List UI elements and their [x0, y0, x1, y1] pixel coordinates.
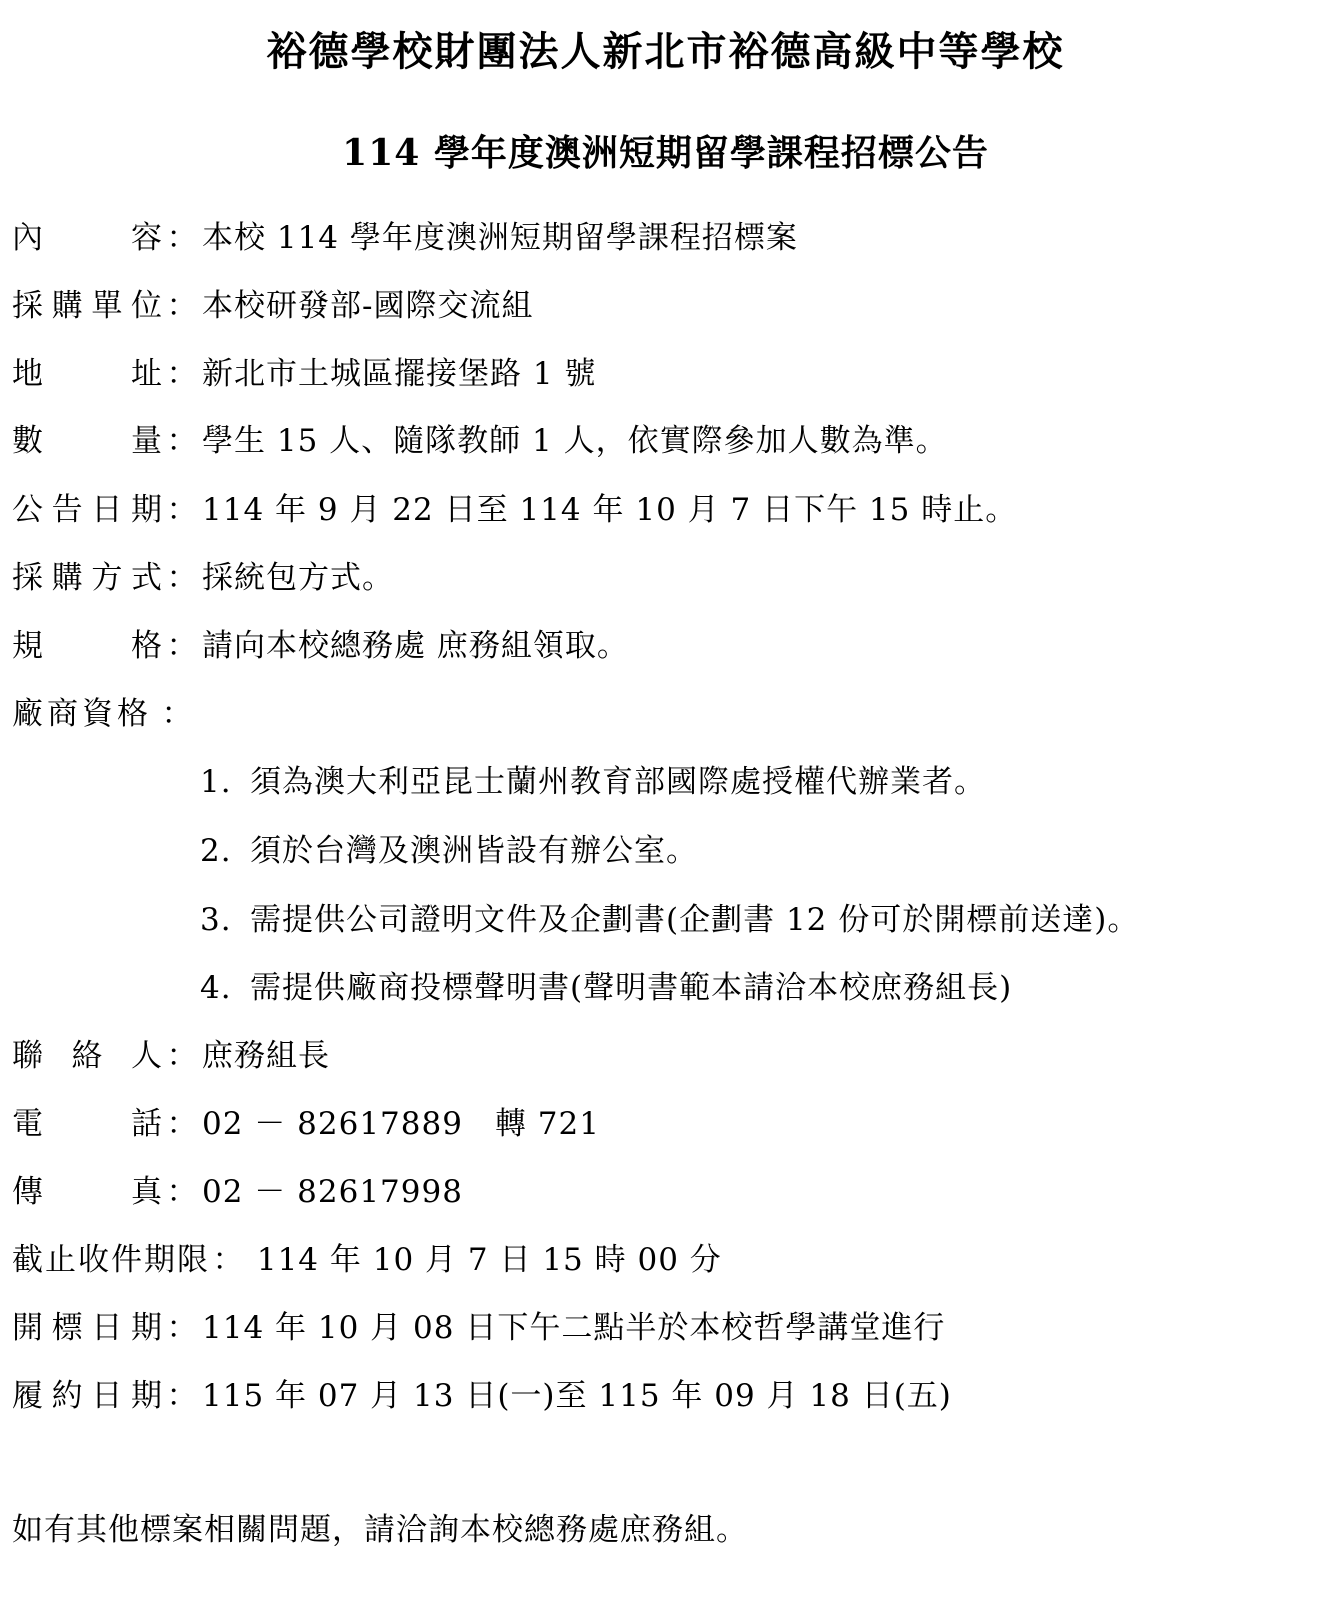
announcement-title: 114 學年度澳洲短期留學課程招標公告 — [0, 125, 1331, 176]
field-value: 114 年 10 月 08 日下午二點半於本校哲學講堂進行 — [202, 1306, 945, 1350]
field-phone: 電話 ： 02 － 82617889 轉 721 — [12, 1102, 600, 1146]
field-vendor-qualifications: 廠商資格 ： — [12, 692, 202, 736]
field-label: 內容 — [12, 216, 162, 260]
field-value: 02 － 82617889 轉 721 — [202, 1102, 600, 1146]
qualification-item: 2.須於台灣及澳洲皆設有辦公室。 — [200, 829, 698, 873]
field-value: 本校 114 學年度澳洲短期留學課程招標案 — [202, 216, 798, 260]
field-contact-person: 聯絡人 ： 庶務組長 — [12, 1034, 330, 1078]
field-address: 地址 ： 新北市土城區擺接堡路 1 號 — [12, 352, 596, 396]
field-value: 學生 15 人、隨隊教師 1 人，依實際參加人數為準。 — [202, 419, 948, 463]
field-label: 數量 — [12, 419, 162, 463]
field-label: 採購單位 — [12, 284, 162, 328]
field-announcement-date: 公告日期 ： 114 年 9 月 22 日至 114 年 10 月 7 日下午 … — [12, 488, 1017, 532]
qualification-item: 4.需提供廠商投標聲明書(聲明書範本請洽本校庶務組長) — [200, 966, 1012, 1010]
field-purchasing-unit: 採購單位 ： 本校研發部-國際交流組 — [12, 284, 533, 328]
field-quantity: 數量 ： 學生 15 人、隨隊教師 1 人，依實際參加人數為準。 — [12, 419, 948, 463]
field-label: 採購方式 — [12, 556, 162, 600]
qualification-item: 3.需提供公司證明文件及企劃書(企劃書 12 份可於開標前送達)。 — [200, 898, 1139, 942]
field-label: 地址 — [12, 352, 162, 396]
field-label: 傳真 — [12, 1170, 162, 1214]
field-label: 履約日期 — [12, 1374, 162, 1418]
field-value: 新北市土城區擺接堡路 1 號 — [202, 352, 596, 396]
field-submission-deadline: 截止收件期限 ： 114 年 10 月 7 日 15 時 00 分 — [12, 1238, 722, 1282]
field-value: 採統包方式。 — [202, 556, 394, 600]
field-value: 114 年 10 月 7 日 15 時 00 分 — [246, 1238, 722, 1282]
field-bid-opening-date: 開標日期 ： 114 年 10 月 08 日下午二點半於本校哲學講堂進行 — [12, 1306, 945, 1350]
field-label: 開標日期 — [12, 1306, 162, 1350]
field-value: 02 － 82617998 — [202, 1170, 463, 1214]
field-value: 請向本校總務處 庶務組領取。 — [202, 624, 629, 668]
field-value: 本校研發部-國際交流組 — [202, 284, 533, 328]
field-value: 114 年 9 月 22 日至 114 年 10 月 7 日下午 15 時止。 — [202, 488, 1017, 532]
field-performance-period: 履約日期 ： 115 年 07 月 13 日(一)至 115 年 09 月 18… — [12, 1374, 952, 1418]
field-value: 庶務組長 — [202, 1034, 330, 1078]
field-label: 聯絡人 — [12, 1034, 162, 1078]
field-label: 截止收件期限 — [12, 1238, 210, 1282]
qualification-item: 1.須為澳大利亞昆士蘭州教育部國際處授權代辦業者。 — [200, 760, 986, 804]
footer-note: 如有其他標案相關問題，請洽詢本校總務處庶務組。 — [12, 1508, 748, 1552]
field-purchasing-method: 採購方式 ： 採統包方式。 — [12, 556, 394, 600]
field-label: 廠商資格 — [12, 692, 152, 736]
field-specification: 規格 ： 請向本校總務處 庶務組領取。 — [12, 624, 629, 668]
field-label: 規格 — [12, 624, 162, 668]
school-name-title: 裕德學校財團法人新北市裕德高級中等學校 — [0, 20, 1331, 77]
field-fax: 傳真 ： 02 － 82617998 — [12, 1170, 463, 1214]
field-content: 內容 ： 本校 114 學年度澳洲短期留學課程招標案 — [12, 216, 798, 260]
field-label: 公告日期 — [12, 488, 162, 532]
field-value: 115 年 07 月 13 日(一)至 115 年 09 月 18 日(五) — [202, 1374, 952, 1418]
field-label: 電話 — [12, 1102, 162, 1146]
